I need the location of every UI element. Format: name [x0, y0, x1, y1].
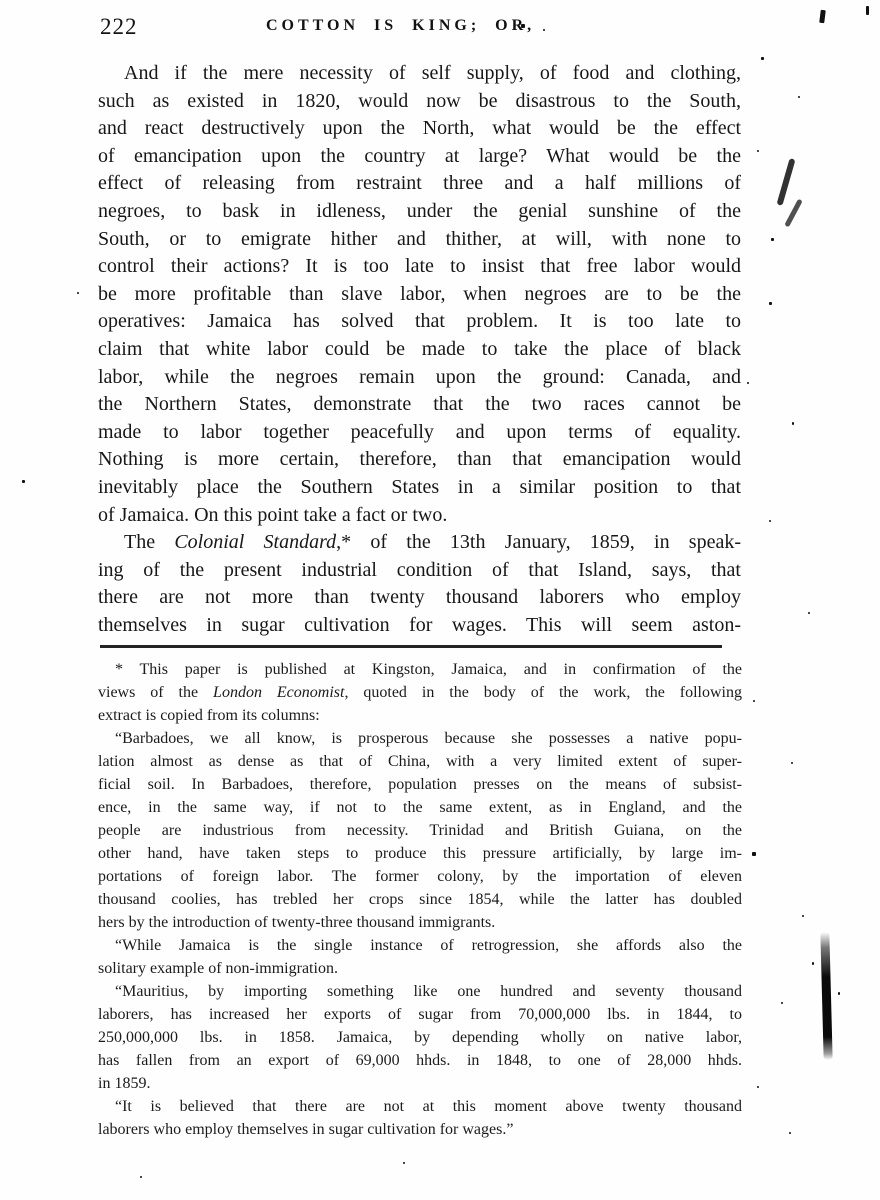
scan-speck [543, 29, 545, 31]
footnote-line: lation almost as dense as that of China,… [98, 750, 742, 773]
footnote-line: other hand, have taken steps to produce … [98, 842, 742, 865]
scan-speck [789, 1132, 791, 1134]
body-line: and react destructively upon the North, … [98, 115, 741, 143]
scan-speck [769, 520, 771, 522]
scan-speck [771, 238, 774, 241]
footnote-line: “Barbadoes, we all know, is prosperous b… [98, 727, 742, 750]
footnote-line: in 1859. [98, 1072, 742, 1095]
scan-speck [761, 57, 764, 60]
footnote-line: ficial soil. In Barbadoes, therefore, po… [98, 773, 742, 796]
body-line: ing of the present industrial condition … [98, 557, 741, 585]
page-number: 222 [100, 14, 138, 40]
footnote-separator-rule [100, 645, 722, 648]
scan-speck [812, 962, 814, 965]
body-line: the Northern States, demonstrate that th… [98, 391, 741, 419]
body-line: operatives: Jamaica has solved that prob… [98, 308, 741, 336]
body-line: South, or to emigrate hither and thither… [98, 226, 741, 254]
paragraph-2: The Colonial Standard,* of the 13th Janu… [98, 529, 741, 639]
scan-speck [819, 10, 826, 24]
italic-publication-name: Colonial Standard [174, 531, 336, 553]
footnote-line: people are industrious from necessity. T… [98, 819, 742, 842]
body-line: of Jamaica. On this point take a fact or… [98, 502, 741, 530]
body-line: Nothing is more certain, therefore, than… [98, 446, 741, 474]
book-page-scan: 222 COTTON IS KING; OR, And if the mere … [0, 0, 880, 1200]
scan-speck [798, 96, 800, 98]
paragraph-1: And if the mere necessity of self supply… [98, 60, 741, 529]
scan-speck [792, 422, 794, 425]
ink-smudge [777, 158, 796, 206]
footnote-line: views of the London Economist, quoted in… [98, 681, 742, 704]
ink-streak [820, 932, 832, 1060]
footnote-line: “Mauritius, by importing something like … [98, 980, 742, 1003]
running-head-title: COTTON IS KING; OR, [266, 17, 535, 35]
body-line: made to labor together peacefully and up… [98, 419, 741, 447]
scan-speck [77, 292, 79, 294]
scan-speck [757, 1086, 759, 1088]
footnote-paragraph-1: * This paper is published at Kingston, J… [98, 658, 742, 727]
footnote-text: * This paper is published at Kingston, J… [98, 658, 742, 1141]
body-line: inevitably place the Southern States in … [98, 474, 741, 502]
footnote-paragraph-2: “Barbadoes, we all know, is prosperous b… [98, 727, 742, 934]
footnote-line: * This paper is published at Kingston, J… [98, 658, 742, 681]
body-line: themselves in sugar cultivation for wage… [98, 612, 741, 640]
scan-speck [802, 915, 804, 917]
scan-speck [769, 302, 772, 305]
body-line: of emancipation upon the country at larg… [98, 143, 741, 171]
scan-speck [781, 1002, 783, 1004]
body-line: such as existed in 1820, would now be di… [98, 88, 741, 116]
footnote-line: laborers, has increased her exports of s… [98, 1003, 742, 1026]
ink-smudge [784, 199, 802, 228]
footnote-line: thousand coolies, has trebled her crops … [98, 888, 742, 911]
footnote-paragraph-4: “Mauritius, by importing something like … [98, 980, 742, 1095]
scan-speck [808, 612, 810, 614]
scan-speck [521, 24, 525, 28]
text-segment: The [124, 531, 174, 553]
footnote-line: ence, in the same way, if not to the sam… [98, 796, 742, 819]
footnote-paragraph-5: “It is believed that there are not at th… [98, 1095, 742, 1141]
footnote-line: extract is copied from its columns: [98, 704, 742, 727]
scan-speck [838, 992, 840, 995]
scan-speck [403, 1162, 405, 1164]
scan-speck [22, 480, 25, 483]
text-segment: views of the [98, 684, 213, 701]
body-line: control their actions? It is too late to… [98, 253, 741, 281]
body-line: effect of releasing from restraint three… [98, 170, 741, 198]
footnote-line: hers by the introduction of twenty-three… [98, 911, 742, 934]
scan-speck [752, 852, 756, 856]
body-line: negroes, to bask in idleness, under the … [98, 198, 741, 226]
body-line: The Colonial Standard,* of the 13th Janu… [98, 529, 741, 557]
scan-speck [757, 150, 759, 152]
body-line: be more profitable than slave labor, whe… [98, 281, 741, 309]
body-line: And if the mere necessity of self supply… [98, 60, 741, 88]
footnote-line: laborers who employ themselves in sugar … [98, 1118, 742, 1141]
body-line: there are not more than twenty thousand … [98, 584, 741, 612]
body-line: labor, while the negroes remain upon the… [98, 364, 741, 392]
scan-speck [747, 382, 749, 384]
footnote-line: solitary example of non-immigration. [98, 957, 742, 980]
text-segment: , quoted in the body of the work, the fo… [344, 684, 742, 701]
footnote-line: “It is believed that there are not at th… [98, 1095, 742, 1118]
body-line: claim that white labor could be made to … [98, 336, 741, 364]
footnote-paragraph-3: “While Jamaica is the single instance of… [98, 934, 742, 980]
text-segment: ,* of the 13th January, 1859, in speak- [336, 531, 741, 553]
footnote-line: 250,000,000 lbs. in 1858. Jamaica, by de… [98, 1026, 742, 1049]
body-text: And if the mere necessity of self supply… [98, 60, 741, 639]
footnote-line: has fallen from an export of 69,000 hhds… [98, 1049, 742, 1072]
footnote-line: portations of foreign labor. The former … [98, 865, 742, 888]
scan-speck [140, 1176, 142, 1178]
scan-speck [753, 700, 755, 702]
footnote-line: “While Jamaica is the single instance of… [98, 934, 742, 957]
scan-speck [866, 6, 869, 15]
scan-speck [791, 762, 793, 764]
italic-publication-name: London Economist [213, 684, 344, 701]
